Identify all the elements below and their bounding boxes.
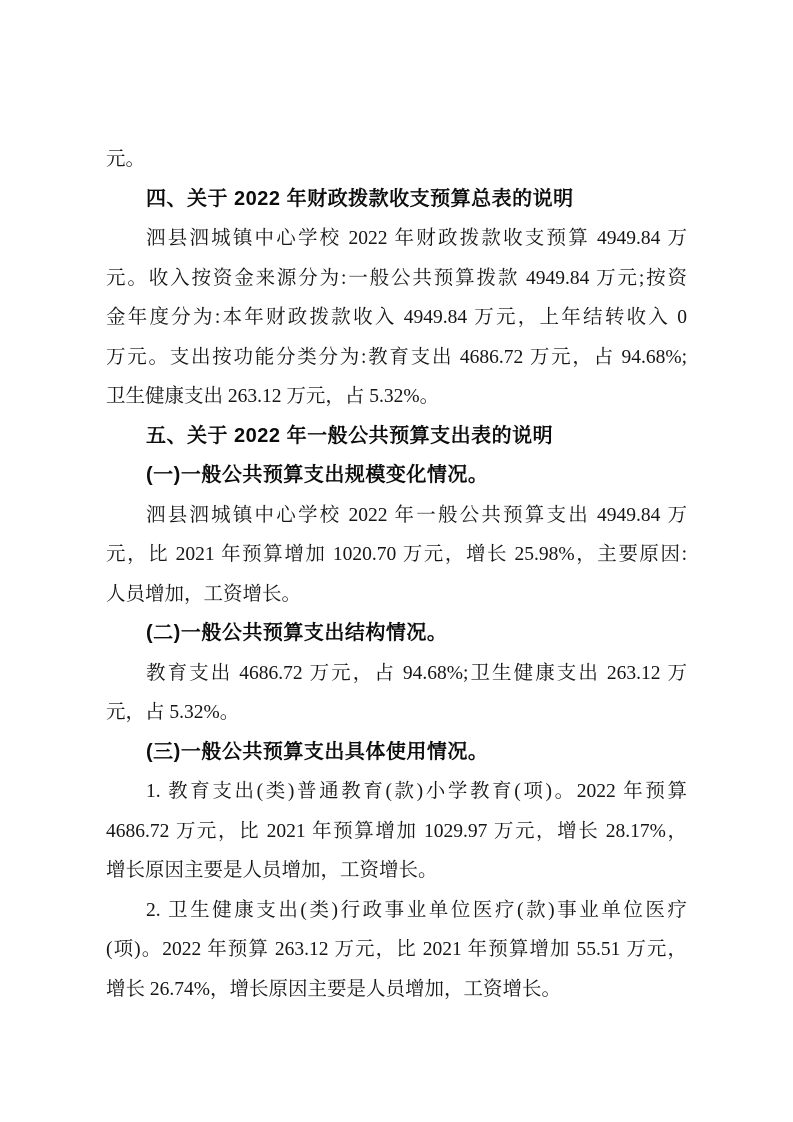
text-line: 教育支出 4686.72 万元，占 94.68%;卫生健康支出 263.12 万: [106, 654, 687, 694]
sub-section-heading: (三)一般公共预算支出具体使用情况。: [106, 733, 687, 773]
sub-section-heading: (一)一般公共预算支出规模变化情况。: [106, 456, 687, 496]
text-line: 2. 卫生健康支出(类)行政事业单位医疗(款)事业单位医疗: [106, 891, 687, 931]
text-line: 卫生健康支出 263.12 万元，占 5.32%。: [106, 377, 687, 417]
text-line: 泗县泗城镇中心学校 2022 年财政拨款收支预算 4949.84 万: [106, 219, 687, 259]
text-line: 元。: [106, 140, 687, 180]
text-line: 1. 教育支出(类)普通教育(款)小学教育(项)。2022 年预算: [106, 772, 687, 812]
document-text-block: 元。四、关于 2022 年财政拨款收支预算总表的说明泗县泗城镇中心学校 2022…: [106, 140, 687, 1009]
text-line: 元，占 5.32%。: [106, 693, 687, 733]
section-heading: 五、关于 2022 年一般公共预算支出表的说明: [106, 417, 687, 457]
text-line: 元，比 2021 年预算增加 1020.70 万元，增长 25.98%，主要原因…: [106, 535, 687, 575]
text-line: 人员增加，工资增长。: [106, 575, 687, 615]
text-line: 4686.72 万元，比 2021 年预算增加 1029.97 万元，增长 28…: [106, 812, 687, 852]
text-line: 金年度分为:本年财政拨款收入 4949.84 万元，上年结转收入 0: [106, 298, 687, 338]
sub-section-heading: (二)一般公共预算支出结构情况。: [106, 614, 687, 654]
section-heading: 四、关于 2022 年财政拨款收支预算总表的说明: [106, 180, 687, 220]
text-line: 万元。支出按功能分类分为:教育支出 4686.72 万元，占 94.68%;: [106, 338, 687, 378]
document-page: 元。四、关于 2022 年财政拨款收支预算总表的说明泗县泗城镇中心学校 2022…: [0, 0, 793, 1122]
text-line: 元。收入按资金来源分为:一般公共预算拨款 4949.84 万元;按资: [106, 259, 687, 299]
text-line: 增长 26.74%，增长原因主要是人员增加，工资增长。: [106, 970, 687, 1010]
text-line: 增长原因主要是人员增加，工资增长。: [106, 851, 687, 891]
text-line: (项)。2022 年预算 263.12 万元，比 2021 年预算增加 55.5…: [106, 930, 687, 970]
text-line: 泗县泗城镇中心学校 2022 年一般公共预算支出 4949.84 万: [106, 496, 687, 536]
